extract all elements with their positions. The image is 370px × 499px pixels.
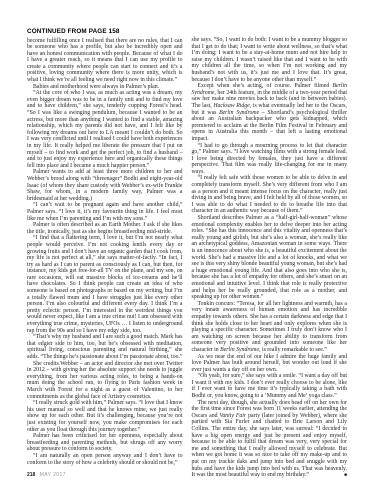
page-number: 218 — [27, 472, 35, 478]
article-paragraph: Shortland describes Palmer as a “half-gi… — [192, 215, 348, 301]
article-paragraph: become fulfilling once I realised that t… — [27, 38, 183, 84]
article-paragraph: “I can’t wait to be pregnant again and h… — [27, 202, 183, 222]
article-paragraph: “I had to go through a mourning process … — [192, 143, 348, 176]
article-paragraph: Except when she’s acting, of course. Pal… — [192, 83, 348, 142]
left-paragraphs: become fulfilling once I realised that t… — [27, 38, 183, 467]
article-column-right: she says. “So, I want to do both: I want… — [192, 28, 348, 479]
article-paragraph: Palmer wants to add at least three more … — [27, 169, 183, 202]
page-footer: 218 MAY 2017 — [27, 472, 66, 478]
article-paragraph: “I really struck gold with him,” Palmer … — [27, 400, 183, 433]
issue-date: MAY 2017 — [40, 472, 66, 478]
article-paragraph: Palmer is often described as an Earth Mo… — [27, 222, 183, 235]
article-paragraph: “Oh yeah, for sure,” she says with a smi… — [192, 373, 348, 399]
magazine-page: CONTINUED FROM PAGE 158 become fulfillin… — [0, 0, 370, 499]
right-paragraphs: she says. “So, I want to do both: I want… — [192, 37, 348, 479]
article-paragraph: “I am naturally an open person anyway an… — [27, 453, 183, 466]
article-paragraph: The next day, though, she actually does … — [192, 400, 348, 479]
article-paragraph: “I really felt safe with those women to … — [192, 175, 348, 215]
article-paragraph: Palmer has been criticised for her openn… — [27, 433, 183, 453]
article-body: CONTINUED FROM PAGE 158 become fulfillin… — [27, 28, 347, 479]
end-of-article-mark: ■ — [338, 472, 347, 479]
article-paragraph: As we near the end of our hike I admire … — [192, 354, 348, 374]
article-paragraph: “I find that a flattering term, I love i… — [27, 235, 183, 334]
article-paragraph: she says. “So, I want to do both: I want… — [192, 37, 348, 83]
continued-from-header: CONTINUED FROM PAGE 158 — [27, 28, 183, 35]
article-paragraph: Tonkin concurs: “Teresa, for all her lig… — [192, 301, 348, 354]
article-paragraph: “That’s why my husband and I are such a … — [27, 334, 183, 360]
article-column-left: CONTINUED FROM PAGE 158 become fulfillin… — [27, 28, 183, 479]
article-paragraph: She credits Webber – an actor and direct… — [27, 361, 183, 401]
article-paragraph: “At the core of who I was, as much as ac… — [27, 90, 183, 169]
